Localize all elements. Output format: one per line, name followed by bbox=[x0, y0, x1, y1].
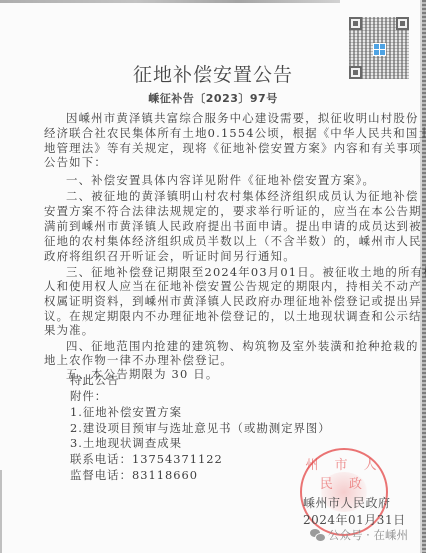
body-line: 权属证明资料，到嵊州市黄泽镇人民政府办理征地补偿登记或提出异 bbox=[44, 294, 422, 308]
attachment-item: 3.土地现状调查成果 bbox=[70, 436, 182, 450]
scan-left-edge bbox=[0, 470, 2, 553]
closing-text: 特此公告 bbox=[70, 373, 120, 387]
body-line: 安置方案不符合法律法规规定的，要求举行听证的，应当在本公告期 bbox=[44, 204, 422, 218]
body-line: 三、征地补偿登记期限至2024年03月01日。被征收土地的所有权 bbox=[66, 265, 426, 279]
page-title: 征地补偿安置公告 bbox=[0, 60, 426, 87]
body-line: 人和使用权人应当在征地补偿安置公告规定的期限内，持相关不动产 bbox=[44, 279, 422, 293]
document-number: 嵊征补告〔2023〕97号 bbox=[0, 90, 426, 106]
qr-finder-icon bbox=[396, 17, 409, 30]
attachment-item: 1.征地补偿安置方案 bbox=[70, 405, 182, 419]
body-line: 一、补偿安置具体内容详见附件《征地补偿安置方案》。 bbox=[66, 173, 375, 187]
issuer-name: 嵊州市人民政府 bbox=[303, 494, 391, 511]
contact-phone-row: 联系电话：13754371122 bbox=[70, 452, 223, 466]
attachments-label: 附件： bbox=[70, 389, 107, 403]
body-line: 满前到嵊州市黄泽镇人民政府提出书面申请。提出申请的成员达到被 bbox=[44, 219, 422, 233]
body-line: 因嵊州市黄泽镇共富综合服务中心建设需要，拟征收明山村股份 bbox=[66, 111, 419, 125]
body-line: 地管理法》等有关规定，现将《征地补偿安置方案》内容和有关事项 bbox=[44, 141, 422, 155]
contact-phone-value: 13754371122 bbox=[132, 452, 223, 466]
body-line: 果为准。 bbox=[44, 323, 94, 337]
wechat-icon bbox=[310, 529, 324, 541]
body-line: 议。在规定期限内不办理征地补偿登记的，以土地现状调查和公示结 bbox=[44, 309, 422, 323]
body-line: 地上农作物一律不办理补偿登记。 bbox=[44, 353, 233, 367]
attachment-item: 2.建设项目预审与选址意见书（或勘测定界图） bbox=[70, 421, 331, 435]
body-line: 征地的农村集体经济组织成员半数以上（不含半数）的，嵊州市人民 bbox=[44, 234, 422, 248]
body-line: 经济联合社农民集体所有土地0.1554公顷，根据《中华人民共和国土 bbox=[44, 126, 426, 140]
contact-phone-label: 联系电话： bbox=[70, 452, 132, 466]
body-line: 四、征地范围内抢建的建筑物、构筑物及室外装潢和抢种抢栽的 bbox=[66, 339, 419, 353]
body-line: 政府将组织召开听证会，听证时间另行通知。 bbox=[44, 249, 296, 263]
wechat-watermark: 公众号 · 在嵊州 bbox=[310, 527, 408, 543]
qr-logo-icon bbox=[373, 43, 386, 56]
supervision-phone-value: 83118660 bbox=[132, 468, 198, 482]
qr-finder-icon bbox=[349, 17, 362, 30]
supervision-phone-row: 监督电话：83118660 bbox=[70, 468, 198, 482]
body-line: 二、被征地的黄泽镇明山村农村集体经济组织成员认为征地补偿 bbox=[66, 189, 419, 203]
body-line: 公告如下： bbox=[44, 155, 107, 169]
watermark-text: 公众号 · 在嵊州 bbox=[328, 527, 408, 543]
scan-top-edge bbox=[0, 0, 340, 3]
supervision-phone-label: 监督电话： bbox=[70, 468, 132, 482]
issue-date: 2024年01月31日 bbox=[303, 511, 406, 528]
